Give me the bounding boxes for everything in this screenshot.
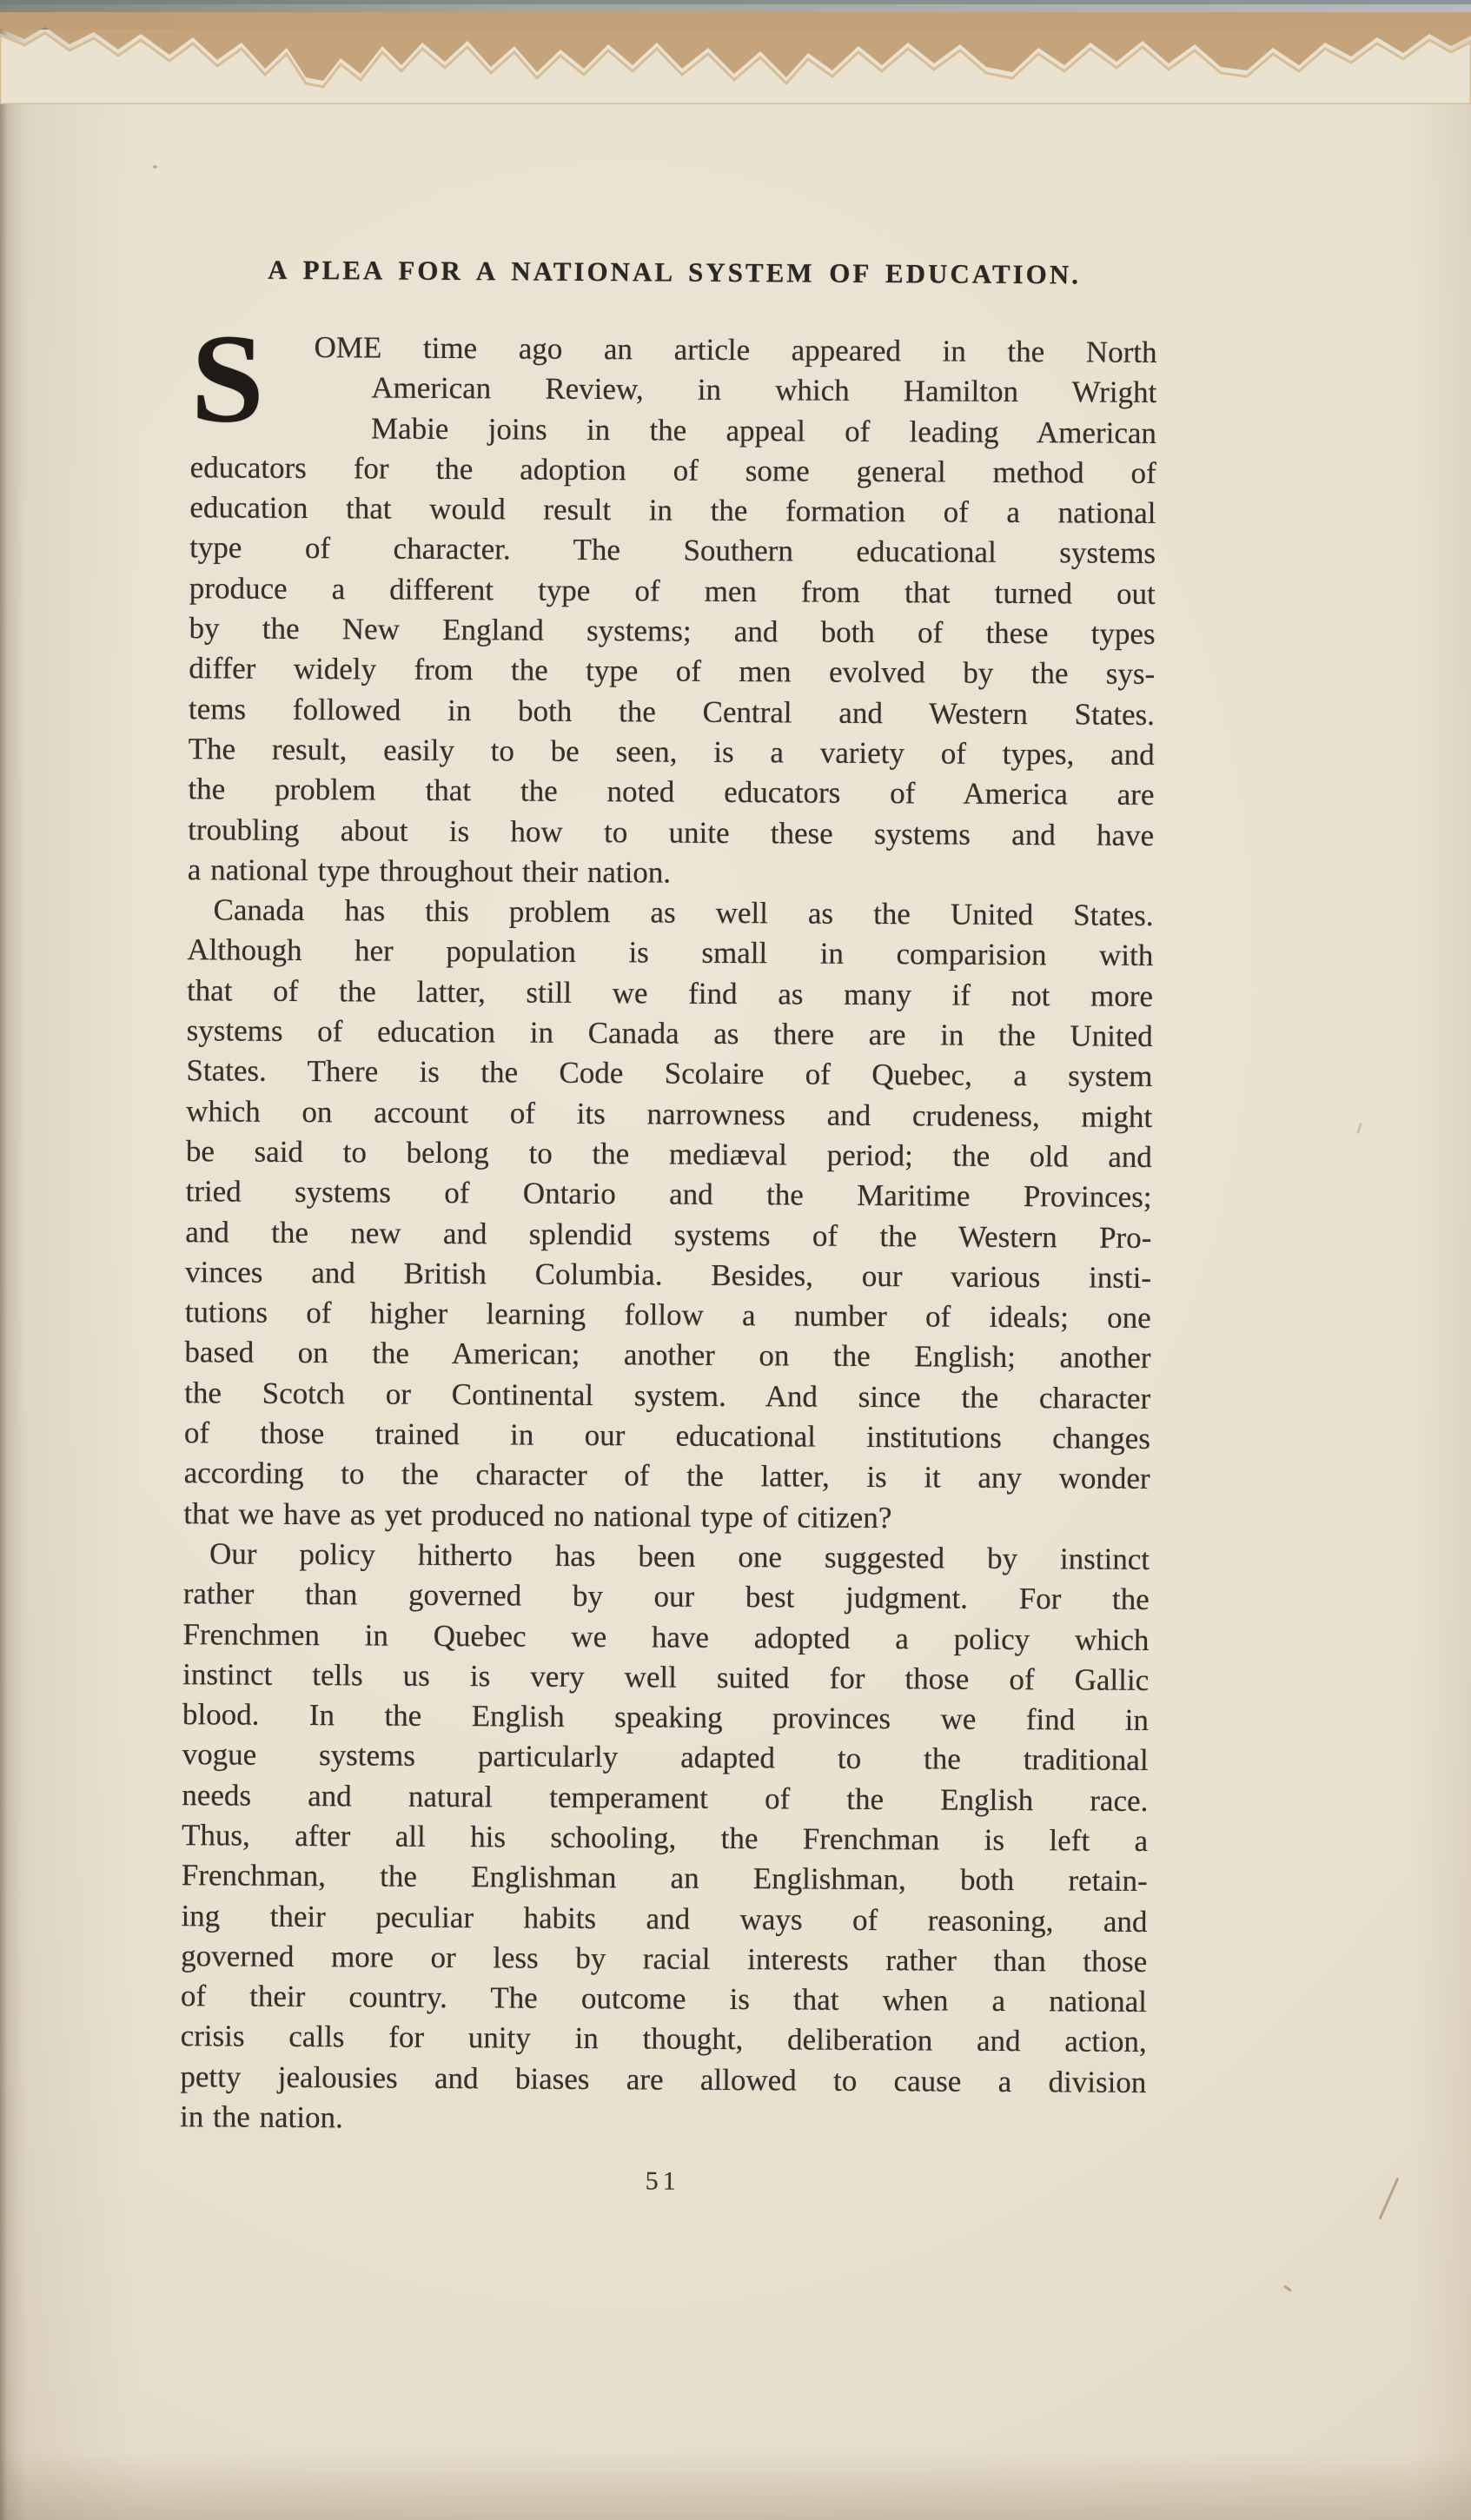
text-line: instinct tells us is very well suited fo… [182,1655,1149,1701]
text-line: governed more or less by racial interest… [181,1936,1147,1982]
text-block: A PLEA FOR A NATIONAL SYSTEM OF EDUCATIO… [180,254,1158,2202]
text-line: of their country. The outcome is that wh… [181,1976,1147,2022]
text-line: tutions of higher learning follow a numb… [185,1292,1151,1338]
text-line: a national type throughout their nation. [188,850,1154,896]
text-line: the problem that the noted educators of … [188,769,1154,815]
text-line: The result, easily to be seen, is a vari… [189,729,1155,775]
text-line: educators for the adoption of some gener… [190,448,1156,494]
text-line: and the new and splendid systems of the … [185,1212,1151,1258]
text-line: in the nation. [180,2097,1146,2143]
text-line: Although her population is small in comp… [187,931,1153,977]
text-line: by the New England systems; and both of … [189,608,1155,654]
text-line: according to the character of the latter… [183,1453,1150,1499]
text-line: based on the American; another on the En… [184,1333,1150,1379]
page-number: 51 [180,2161,1146,2202]
text-line: that we have as yet produced no national… [183,1494,1150,1540]
text-line: differ widely from the type of men evolv… [189,649,1155,695]
text-line: vinces and British Columbia. Besides, ou… [185,1252,1151,1298]
paragraph: OME time ago an article appeared in the … [188,327,1157,896]
paragraph: Our policy hitherto has been one suggest… [180,1534,1150,2143]
text-line: OME time ago an article appeared in the … [190,327,1156,373]
text-line: be said to belong to the mediæval period… [186,1131,1152,1177]
text-line: troubling about is how to unite these sy… [188,810,1154,856]
drop-cap-initial: S [190,315,264,442]
text-line: of those trained in our educational inst… [184,1413,1150,1459]
text-line: Canada has this problem as well as the U… [187,890,1153,936]
text-line: Frenchman, the Englishman an Englishman,… [182,1855,1148,1901]
text-line: that of the latter, still we find as man… [187,971,1153,1017]
text-line: produce a different type of men from tha… [189,568,1156,614]
text-line: systems of education in Canada as there … [187,1011,1153,1057]
text-line: type of character. The Southern educatio… [189,528,1156,574]
text-line: Our policy hitherto has been one suggest… [183,1534,1150,1580]
scanned-book-page: A PLEA FOR A NATIONAL SYSTEM OF EDUCATIO… [0,0,1471,2520]
text-line: crisis calls for unity in thought, delib… [181,2017,1147,2063]
text-line: Mabie joins in the appeal of leading Ame… [190,408,1156,454]
text-line: tems followed in both the Central and We… [189,689,1155,735]
text-line: vogue systems particularly adapted to th… [182,1735,1149,1781]
text-line: ing their peculiar habits and ways of re… [181,1896,1147,1942]
text-line: American Review, in which Hamilton Wrigh… [190,367,1156,413]
printed-area: A PLEA FOR A NATIONAL SYSTEM OF EDUCATIO… [0,0,1471,2520]
text-line: which on account of its narrowness and c… [186,1091,1152,1137]
body-text: S OME time ago an article appeared in th… [180,327,1157,2143]
text-line: Frenchmen in Quebec we have adopted a po… [182,1615,1149,1661]
text-line: education that would result in the forma… [189,487,1156,534]
text-line: States. There is the Code Scolaire of Qu… [186,1051,1152,1098]
text-line: tried systems of Ontario and the Maritim… [185,1171,1151,1217]
text-line: petty jealousies and biases are allowed … [180,2057,1146,2103]
paragraph: Canada has this problem as well as the U… [183,890,1154,1540]
text-line: the Scotch or Continental system. And si… [184,1373,1150,1419]
text-line: blood. In the English speaking provinces… [182,1694,1149,1741]
page-title: A PLEA FOR A NATIONAL SYSTEM OF EDUCATIO… [191,254,1157,291]
text-line: Thus, after all his schooling, the Frenc… [182,1815,1148,1861]
text-line: rather than governed by our best judgmen… [183,1574,1150,1620]
text-line: needs and natural temperament of the Eng… [182,1775,1148,1821]
